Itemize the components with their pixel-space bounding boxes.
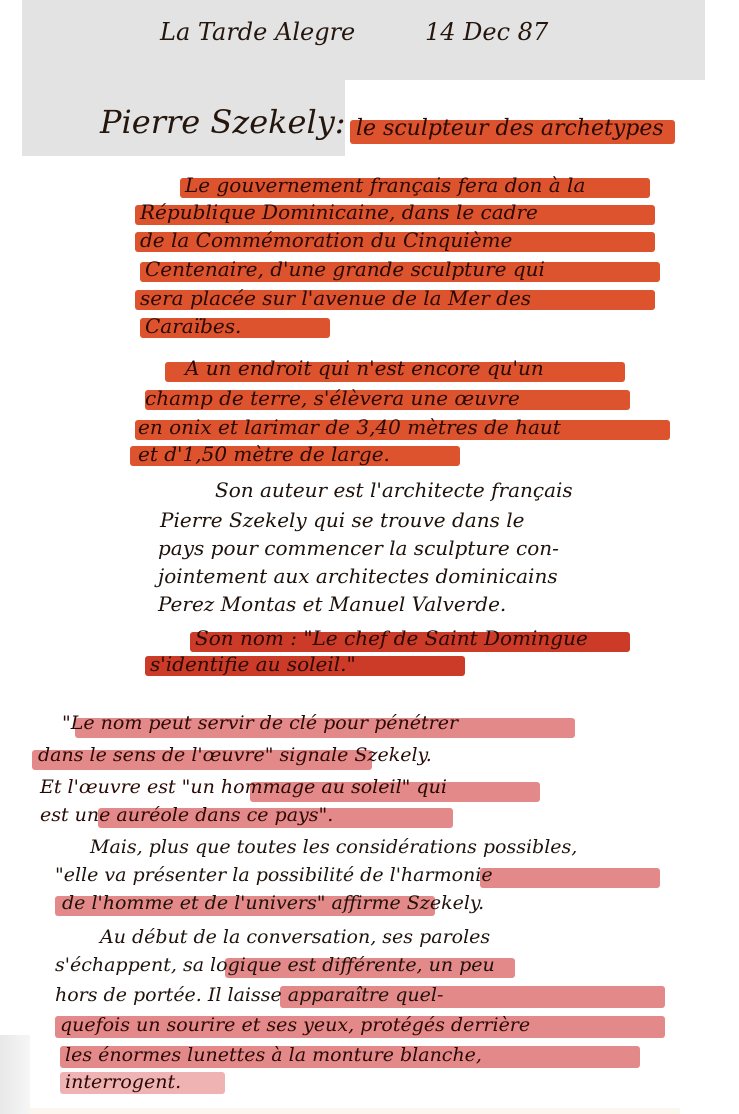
text-p1-l2: République Dominicaine, dans le cadre [140,202,538,222]
text-p4-l2: s'identifie au soleil." [150,654,356,674]
text-p3-l5: Perez Montas et Manuel Valverde. [158,594,506,614]
text-p5-l1: "Le nom peut servir de clé pour pénétrer [62,714,458,733]
text-p7-l1: Au début de la conversation, ses paroles [100,928,490,947]
text-p1-l5: sera placée sur l'avenue de la Mer des [140,288,531,308]
text-p5-l2: dans le sens de l'œuvre" signale Szekely… [38,746,432,765]
publication-name: La Tarde Alegre [160,20,355,44]
text-p6-l1: Mais, plus que toutes les considérations… [90,838,577,857]
text-p3-l1: Son auteur est l'architecte français [215,480,573,500]
text-p4-l1: Son nom : "Le chef de Saint Domingue [195,628,588,648]
text-p1-l6: Caraïbes. [145,316,241,336]
subject-title: le sculpteur des archetypes [356,118,664,140]
text-p3-l3: pays pour commencer la sculpture con- [158,538,559,558]
text-p3-l4: jointement aux architectes dominicains [158,566,558,586]
highlight-p6-l2 [480,868,660,888]
text-p7-l5: les énormes lunettes à la monture blanch… [65,1046,482,1065]
scan-page-edge [0,1035,30,1114]
text-p6-l2: "elle va présenter la possibilité de l'h… [55,866,493,885]
text-p3-l2: Pierre Szekely qui se trouve dans le [160,510,524,530]
text-p7-l6: interrogent. [65,1073,181,1092]
scan-bottom-edge [30,1108,680,1114]
text-p7-l2: s'échappent, sa logique est différente, … [55,956,495,975]
text-p6-l3: de l'homme et de l'univers" affirme Szek… [62,894,484,913]
text-p7-l4: quefois un sourire et ses yeux, protégés… [60,1016,530,1035]
text-p5-l4: est une auréole dans ce pays". [40,806,333,825]
article-date: 14 Dec 87 [425,20,548,44]
text-p1-l4: Centenaire, d'une grande sculpture qui [145,259,545,279]
text-p1-l3: de la Commémoration du Cinquième [140,230,512,250]
text-p5-l3: Et l'œuvre est "un hommage au soleil" qu… [40,778,447,797]
text-p7-l3: hors de portée. Il laisse apparaître que… [55,986,443,1005]
text-p2-l1: A un endroit qui n'est encore qu'un [185,358,544,378]
text-p2-l4: et d'1,50 mètre de large. [138,444,390,464]
text-p2-l2: champ de terre, s'élèvera une œuvre [145,388,520,408]
subject-name: Pierre Szekely: [100,106,346,138]
text-p1-l1: Le gouvernement français fera don à la [185,175,585,195]
scan-gray-header-band [22,0,705,80]
text-p2-l3: en onix et larimar de 3,40 mètres de hau… [138,417,561,437]
